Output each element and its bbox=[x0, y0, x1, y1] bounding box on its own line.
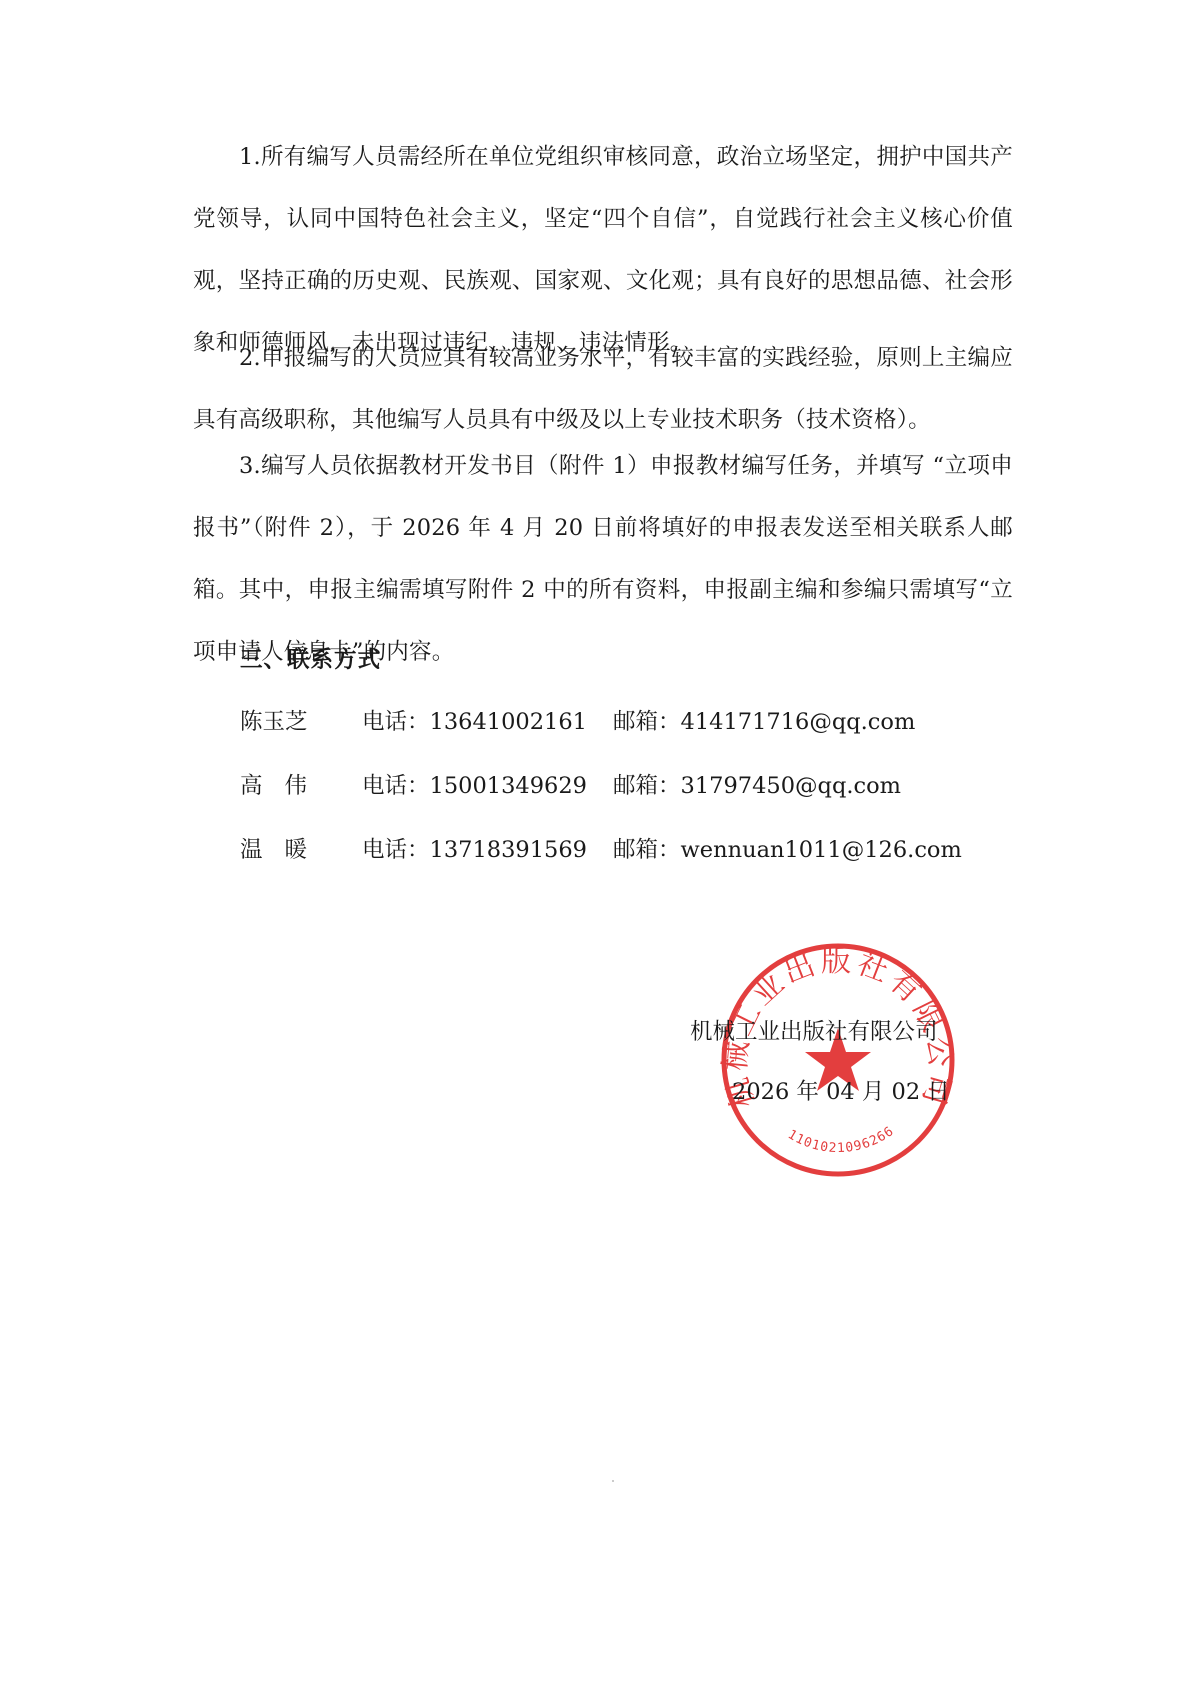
contact-email: 邮箱：31797450@qq.com bbox=[613, 766, 901, 806]
svg-text:1101021096266: 1101021096266 bbox=[785, 1124, 897, 1156]
signing-date: 2026 年 04 月 02 日 bbox=[732, 1072, 950, 1112]
phone-label: 电话： bbox=[362, 837, 430, 863]
requirement-paragraph-2: 2.申报编写的人员应具有较高业务水平，有较丰富的实践经验，原则上主编应具有高级职… bbox=[193, 327, 1013, 451]
email-label: 邮箱： bbox=[613, 837, 681, 863]
email-address: 414171716@qq.com bbox=[681, 709, 916, 735]
phone-label: 电话： bbox=[362, 709, 430, 735]
paragraph-text: 所有编写人员需经所在单位党组织审核同意，政治立场坚定，拥护中国共产党领导，认同中… bbox=[193, 144, 1013, 356]
contact-phone: 电话：13641002161 bbox=[362, 702, 587, 742]
section-heading-contact: 三、联系方式 bbox=[240, 640, 381, 680]
phone-number: 13718391569 bbox=[430, 837, 587, 863]
email-address: 31797450@qq.com bbox=[681, 773, 901, 799]
official-seal-icon: 机械工业出版社有限公司 1101021096266 bbox=[718, 940, 958, 1180]
paragraph-number: 1. bbox=[239, 144, 261, 170]
signing-organization: 机械工业出版社有限公司 bbox=[690, 1012, 938, 1052]
paragraph-text: 申报编写的人员应具有较高业务水平，有较丰富的实践经验，原则上主编应具有高级职称，… bbox=[193, 345, 1013, 433]
email-label: 邮箱： bbox=[613, 773, 681, 799]
scan-speck bbox=[612, 1480, 614, 1482]
email-address: wennuan1011@126.com bbox=[681, 837, 962, 863]
seal-code: 1101021096266 bbox=[785, 1124, 897, 1156]
paragraph-number: 2. bbox=[239, 345, 261, 371]
phone-number: 13641002161 bbox=[430, 709, 587, 735]
phone-label: 电话： bbox=[362, 773, 430, 799]
contact-name: 高伟 bbox=[240, 766, 320, 806]
paragraph-text: 编写人员依据教材开发书目（附件 1）申报教材编写任务，并填写 “立项申报书”（附… bbox=[193, 453, 1013, 665]
contact-phone: 电话：13718391569 bbox=[362, 830, 587, 870]
phone-number: 15001349629 bbox=[430, 773, 587, 799]
contact-phone: 电话：15001349629 bbox=[362, 766, 587, 806]
contact-email: 邮箱：wennuan1011@126.com bbox=[613, 830, 962, 870]
paragraph-number: 3. bbox=[239, 453, 261, 479]
contact-name: 陈玉芝 bbox=[240, 702, 320, 742]
contact-email: 邮箱：414171716@qq.com bbox=[613, 702, 915, 742]
document-page: 1.所有编写人员需经所在单位党组织审核同意，政治立场坚定，拥护中国共产党领导，认… bbox=[0, 0, 1190, 1683]
email-label: 邮箱： bbox=[613, 709, 681, 735]
contact-name: 温暖 bbox=[240, 830, 320, 870]
